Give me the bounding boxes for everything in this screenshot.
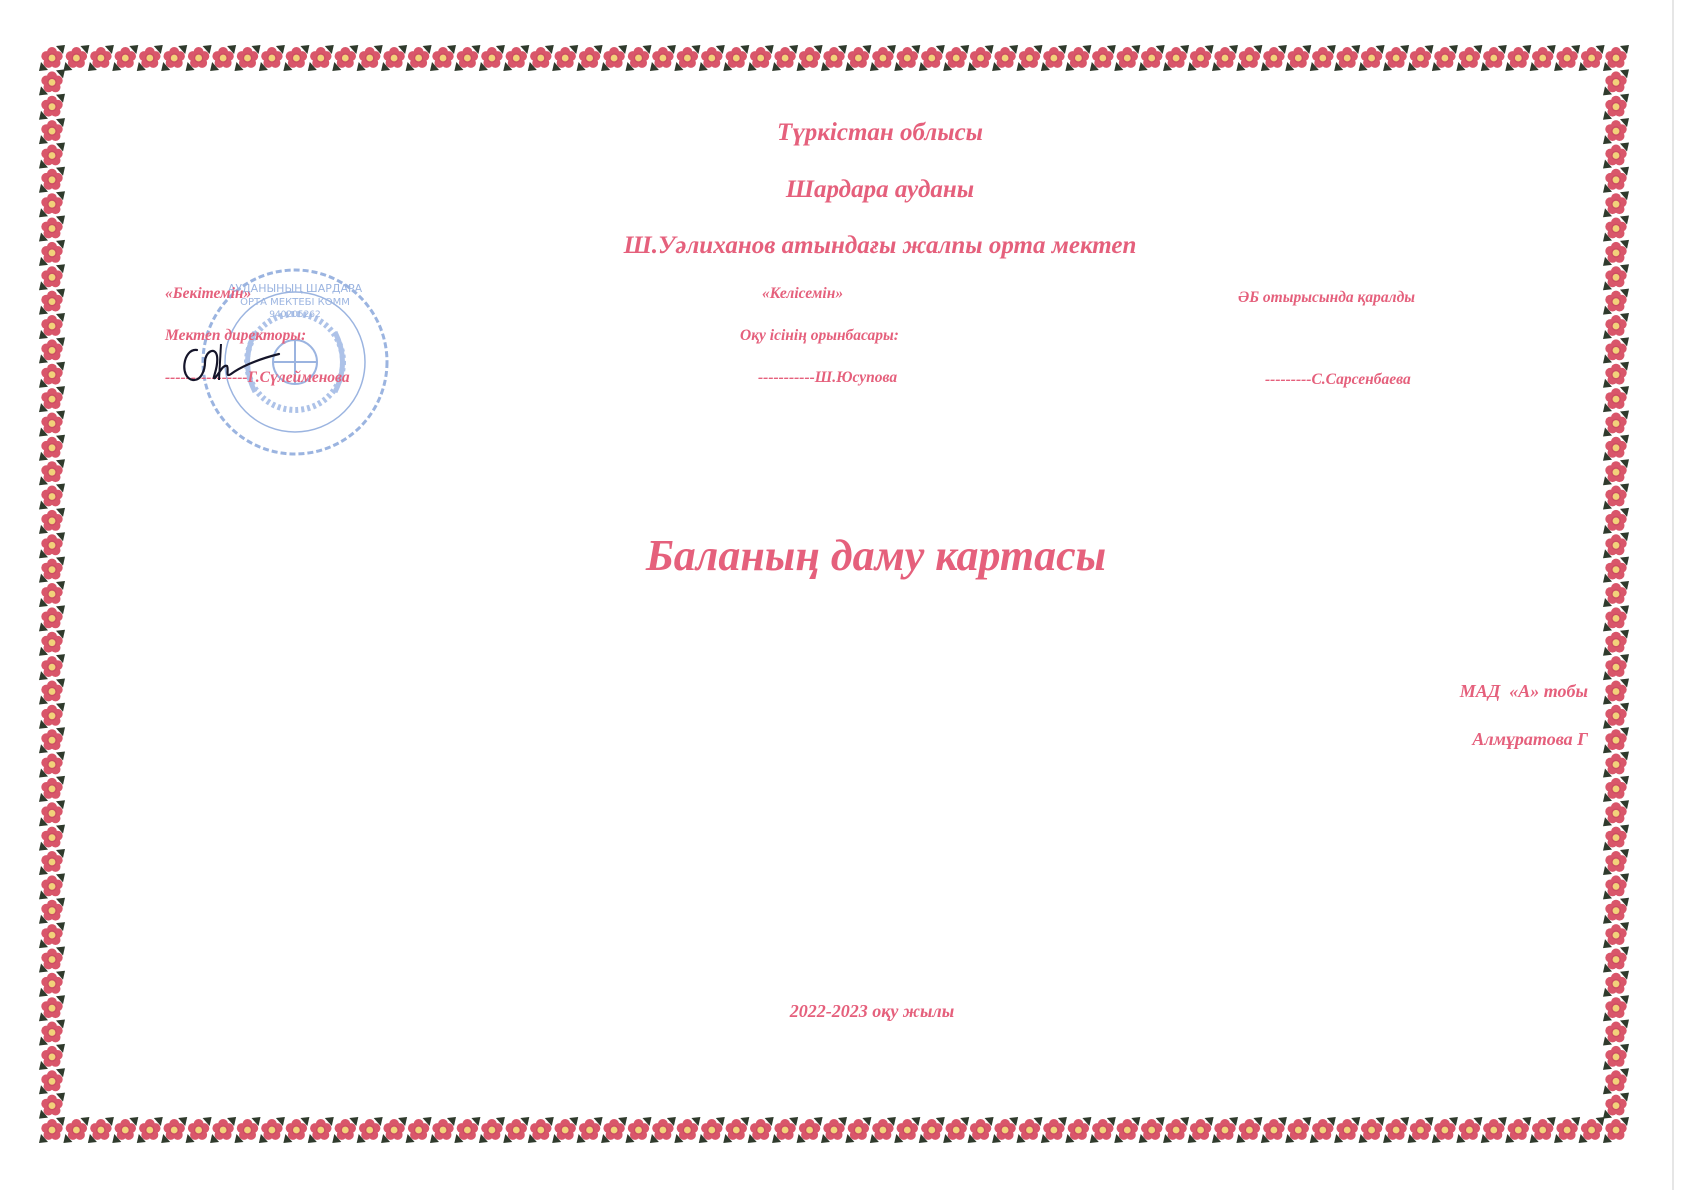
agree-label: «Келісемін» bbox=[762, 285, 843, 303]
stamp-text-id: 940205262 bbox=[269, 310, 321, 320]
teacher-name: Алмұратова Г bbox=[1472, 729, 1588, 750]
document-title: Баланың даму картасы bbox=[646, 530, 1106, 581]
director-signature bbox=[175, 340, 285, 388]
deputy-signature-line: -----------Ш.Юсупова bbox=[758, 369, 897, 387]
district-heading: Шардара ауданы bbox=[786, 176, 974, 204]
approve-label: «Бекітемін» bbox=[165, 285, 251, 303]
stamp-text-mid: ОРТА МЕКТЕБІ КОММ bbox=[240, 297, 350, 308]
reviewed-label: ӘБ отырысында қаралды bbox=[1238, 289, 1415, 307]
group-name: МАД «А» тобы bbox=[1460, 681, 1588, 702]
academic-year: 2022-2023 оқу жылы bbox=[790, 1001, 954, 1022]
deputy-role: Оқу ісінің орынбасары: bbox=[740, 327, 899, 345]
region-heading: Түркістан облысы bbox=[777, 119, 983, 147]
scan-edge bbox=[1672, 0, 1674, 1190]
methodist-signature-line: ---------С.Сарсенбаева bbox=[1265, 371, 1411, 389]
school-heading: Ш.Уәлиханов атындағы жалпы орта мектеп bbox=[624, 232, 1137, 260]
